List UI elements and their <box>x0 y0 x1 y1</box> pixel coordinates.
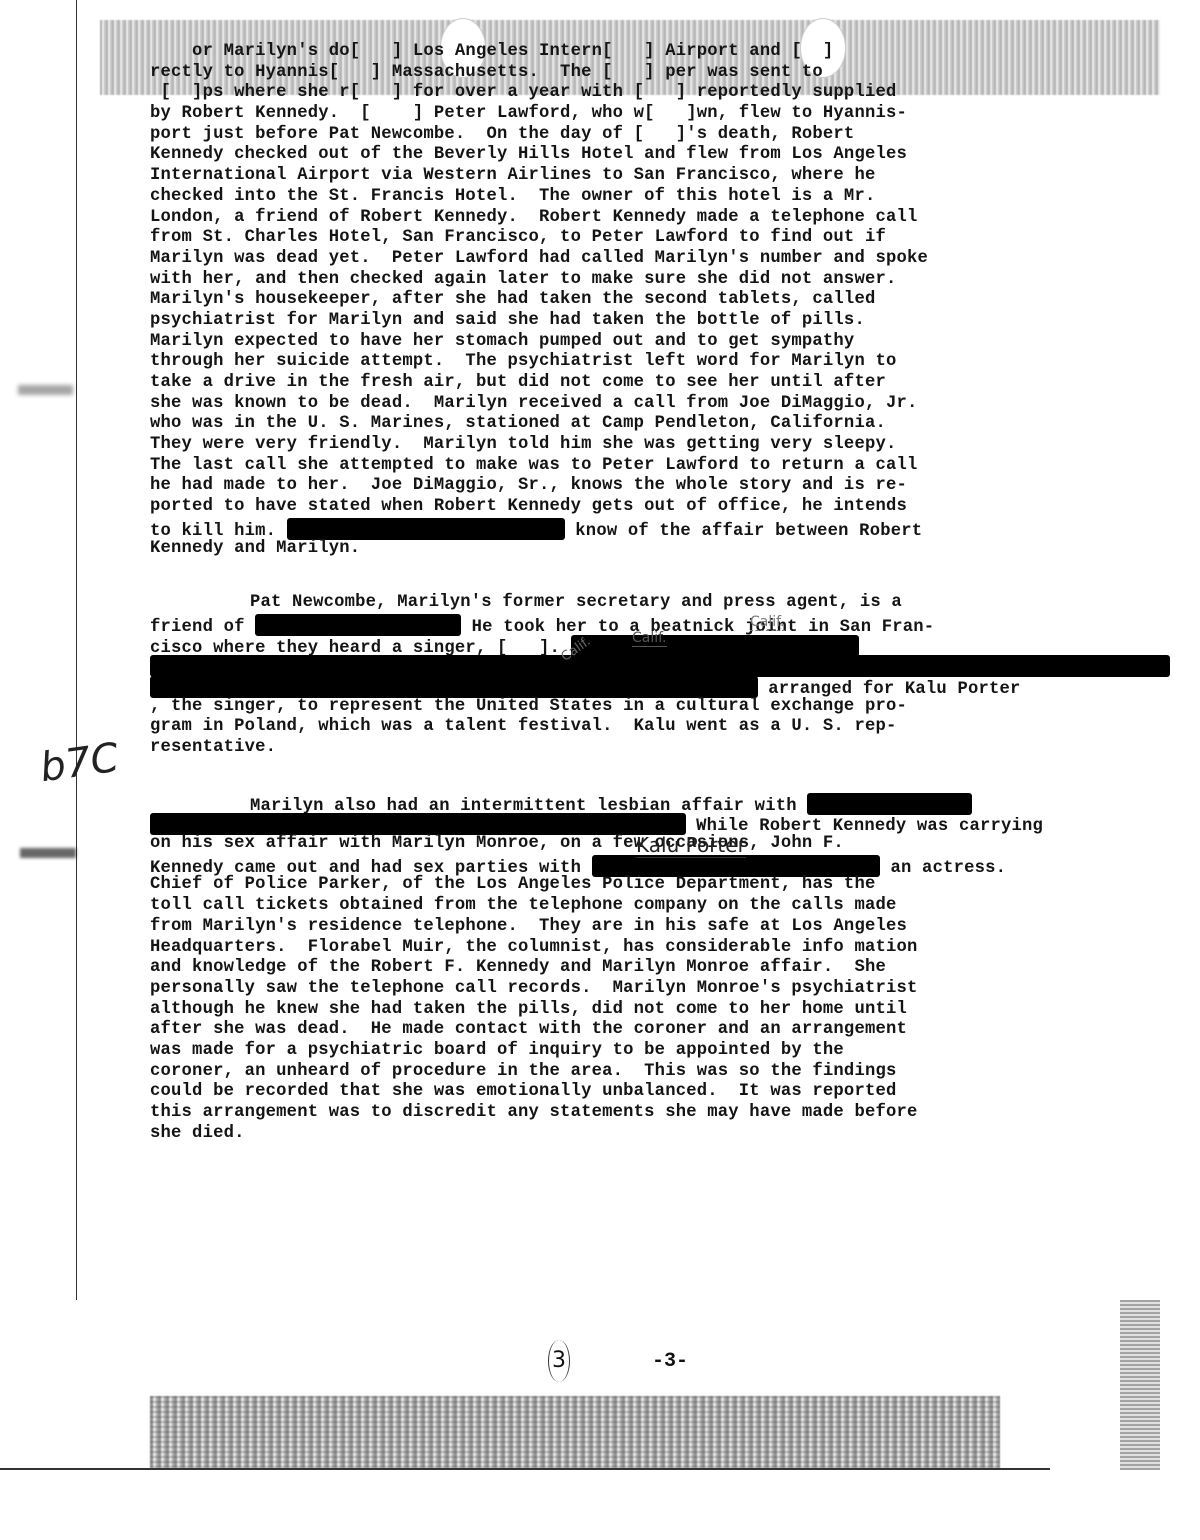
paragraph-2-line: Pat Newcombe, Marilyn's former secretary… <box>150 593 1160 614</box>
margin-line <box>76 0 77 1300</box>
paragraph-3-line: could be recorded that she was emotional… <box>150 1082 1160 1103</box>
handwritten-calif: Calif. <box>632 630 667 647</box>
paragraph-1-line: rectly to Hyannis[ ] Massachusetts. The … <box>150 63 1160 84</box>
handwritten-page-number: 3 <box>548 1340 570 1382</box>
paragraph-1-line: They were very friendly. Marilyn told hi… <box>150 435 1160 456</box>
paragraph-1-line: he had made to her. Joe DiMaggio, Sr., k… <box>150 476 1160 497</box>
paragraph-3-line: although he knew she had taken the pills… <box>150 1000 1160 1021</box>
paragraph-1-line: from St. Charles Hotel, San Francisco, t… <box>150 228 1160 249</box>
paragraph-1-line: London, a friend of Robert Kennedy. Robe… <box>150 208 1160 229</box>
handwritten-calif: Calif. <box>750 614 785 631</box>
scan-smudge <box>20 848 76 858</box>
paragraph-1-line: International Airport via Western Airlin… <box>150 166 1160 187</box>
paragraph-1-line: Marilyn's housekeeper, after she had tak… <box>150 290 1160 311</box>
redaction-bar <box>255 614 461 636</box>
scan-noise-stamp <box>150 1396 1000 1468</box>
redaction-bar <box>571 635 859 657</box>
paragraph-3-line: Marilyn also had an intermittent lesbian… <box>150 793 1160 814</box>
paragraph-1-line: with her, and then checked again later t… <box>150 270 1160 291</box>
paragraph-3-line: was made for a psychiatric board of inqu… <box>150 1041 1160 1062</box>
paragraph-gap <box>150 759 1160 793</box>
paragraph-2-line: gram in Poland, which was a talent festi… <box>150 717 1160 738</box>
paragraph-3-line: from Marilyn's residence telephone. They… <box>150 917 1160 938</box>
handwritten-name-note: Kalu Porter <box>636 833 746 858</box>
document-body: or Marilyn's do[ ] Los Angeles Intern[ ]… <box>150 42 1160 1144</box>
margin-annotation-b7c: b7C <box>37 735 121 792</box>
paragraph-1-line: by Robert Kennedy. [ ] Peter Lawford, wh… <box>150 104 1160 125</box>
paragraph-3-line: Chief of Police Parker, of the Los Angel… <box>150 875 1160 896</box>
paragraph-1-line: Marilyn expected to have her stomach pum… <box>150 332 1160 353</box>
paragraph-1-line: The last call she attempted to make was … <box>150 456 1160 477</box>
paragraph-1-line: who was in the U. S. Marines, stationed … <box>150 414 1160 435</box>
paragraph-gap <box>150 559 1160 593</box>
paragraph-1-line: Marilyn was dead yet. Peter Lawford had … <box>150 249 1160 270</box>
paragraph-2-line <box>150 655 1160 676</box>
paragraph-3-line: she died. <box>150 1124 1160 1145</box>
page-marker: -3- <box>652 1350 688 1373</box>
scan-smudge <box>18 385 73 395</box>
redaction-bar <box>287 518 565 540</box>
paragraph-1-line: [ ]ps where she r[ ] for over a year wit… <box>150 83 1160 104</box>
paragraph-1-line: she was known to be dead. Marilyn receiv… <box>150 394 1160 415</box>
paragraph-3-line: personally saw the telephone call record… <box>150 979 1160 1000</box>
paragraph-2-line: , the singer, to represent the United St… <box>150 697 1160 718</box>
paragraph-1-line: psychiatrist for Marilyn and said she ha… <box>150 311 1160 332</box>
paragraph-3-line: coroner, an unheard of procedure in the … <box>150 1062 1160 1083</box>
paragraph-1-line: take a drive in the fresh air, but did n… <box>150 373 1160 394</box>
paragraph-1-line: through her suicide attempt. The psychia… <box>150 352 1160 373</box>
paragraph-3-line: Headquarters. Florabel Muir, the columni… <box>150 938 1160 959</box>
paragraph-3-line: this arrangement was to discredit any st… <box>150 1103 1160 1124</box>
paragraph-1-line: ported to have stated when Robert Kenned… <box>150 497 1160 518</box>
redaction-bar <box>807 793 972 815</box>
scan-edge-line <box>0 1468 1050 1470</box>
document-page: or Marilyn's do[ ] Los Angeles Intern[ ]… <box>0 0 1200 1540</box>
paragraph-3-line: While Robert Kennedy was carrying <box>150 813 1160 834</box>
paragraph-1-line: to kill him. know of the affair between … <box>150 518 1160 539</box>
redaction-bar <box>150 676 758 698</box>
redaction-bar <box>150 655 1170 677</box>
paragraph-3-line: and knowledge of the Robert F. Kennedy a… <box>150 958 1160 979</box>
redaction-bar <box>150 813 686 835</box>
paragraph-1-line: or Marilyn's do[ ] Los Angeles Intern[ ]… <box>150 42 1160 63</box>
paragraph-2-line: resentative. <box>150 738 1160 759</box>
redaction-bar <box>592 855 880 877</box>
paragraph-3-line: toll call tickets obtained from the tele… <box>150 896 1160 917</box>
scan-noise-edge <box>1120 1300 1160 1470</box>
paragraph-2-line: arranged for Kalu Porter <box>150 676 1160 697</box>
paragraph-1-line: Kennedy and Marilyn. <box>150 539 1160 560</box>
paragraph-1-line: checked into the St. Francis Hotel. The … <box>150 187 1160 208</box>
paragraph-1-line: Kennedy checked out of the Beverly Hills… <box>150 145 1160 166</box>
paragraph-3-line: after she was dead. He made contact with… <box>150 1020 1160 1041</box>
paragraph-1-line: port just before Pat Newcombe. On the da… <box>150 125 1160 146</box>
